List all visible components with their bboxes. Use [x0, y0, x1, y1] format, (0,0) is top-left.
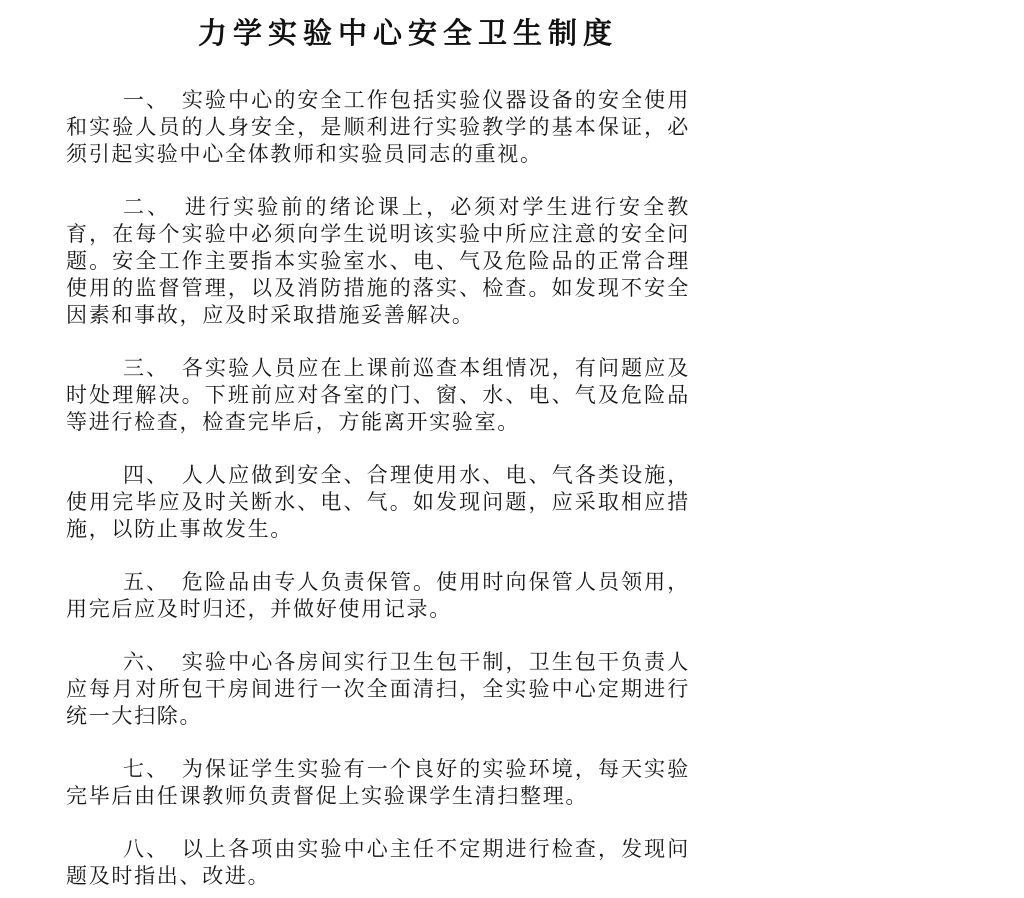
- paragraph-1: 一、 实验中心的安全工作包括实验仪器设备的安全使用和实验人员的人身安全，是顺利进…: [66, 87, 690, 168]
- paragraph-7: 七、 为保证学生实验有一个良好的实验环境，每天实验完毕后由任课教师负责督促上实验…: [66, 756, 690, 810]
- paragraph-8: 八、 以上各项由实验中心主任不定期进行检查，发现问题及时指出、改进。: [66, 836, 690, 890]
- paragraph-4: 四、 人人应做到安全、合理使用水、电、气各类设施，使用完毕应及时关断水、电、气。…: [66, 462, 690, 543]
- paragraph-5: 五、 危险品由专人负责保管。使用时向保管人员领用，用完后应及时归还，并做好使用记…: [66, 569, 690, 623]
- document-title: 力学实验中心安全卫生制度: [66, 14, 750, 54]
- paragraph-6: 六、 实验中心各房间实行卫生包干制，卫生包干负责人应每月对所包干房间进行一次全面…: [66, 649, 690, 730]
- paragraph-2: 二、 进行实验前的绪论课上，必须对学生进行安全教育，在每个实验中必须向学生说明该…: [66, 194, 690, 329]
- paragraph-3: 三、 各实验人员应在上课前巡查本组情况，有问题应及时处理解决。下班前应对各室的门…: [66, 355, 690, 436]
- document-page: 力学实验中心安全卫生制度 一、 实验中心的安全工作包括实验仪器设备的安全使用和实…: [0, 0, 1024, 898]
- document-body: 力学实验中心安全卫生制度 一、 实验中心的安全工作包括实验仪器设备的安全使用和实…: [66, 14, 690, 890]
